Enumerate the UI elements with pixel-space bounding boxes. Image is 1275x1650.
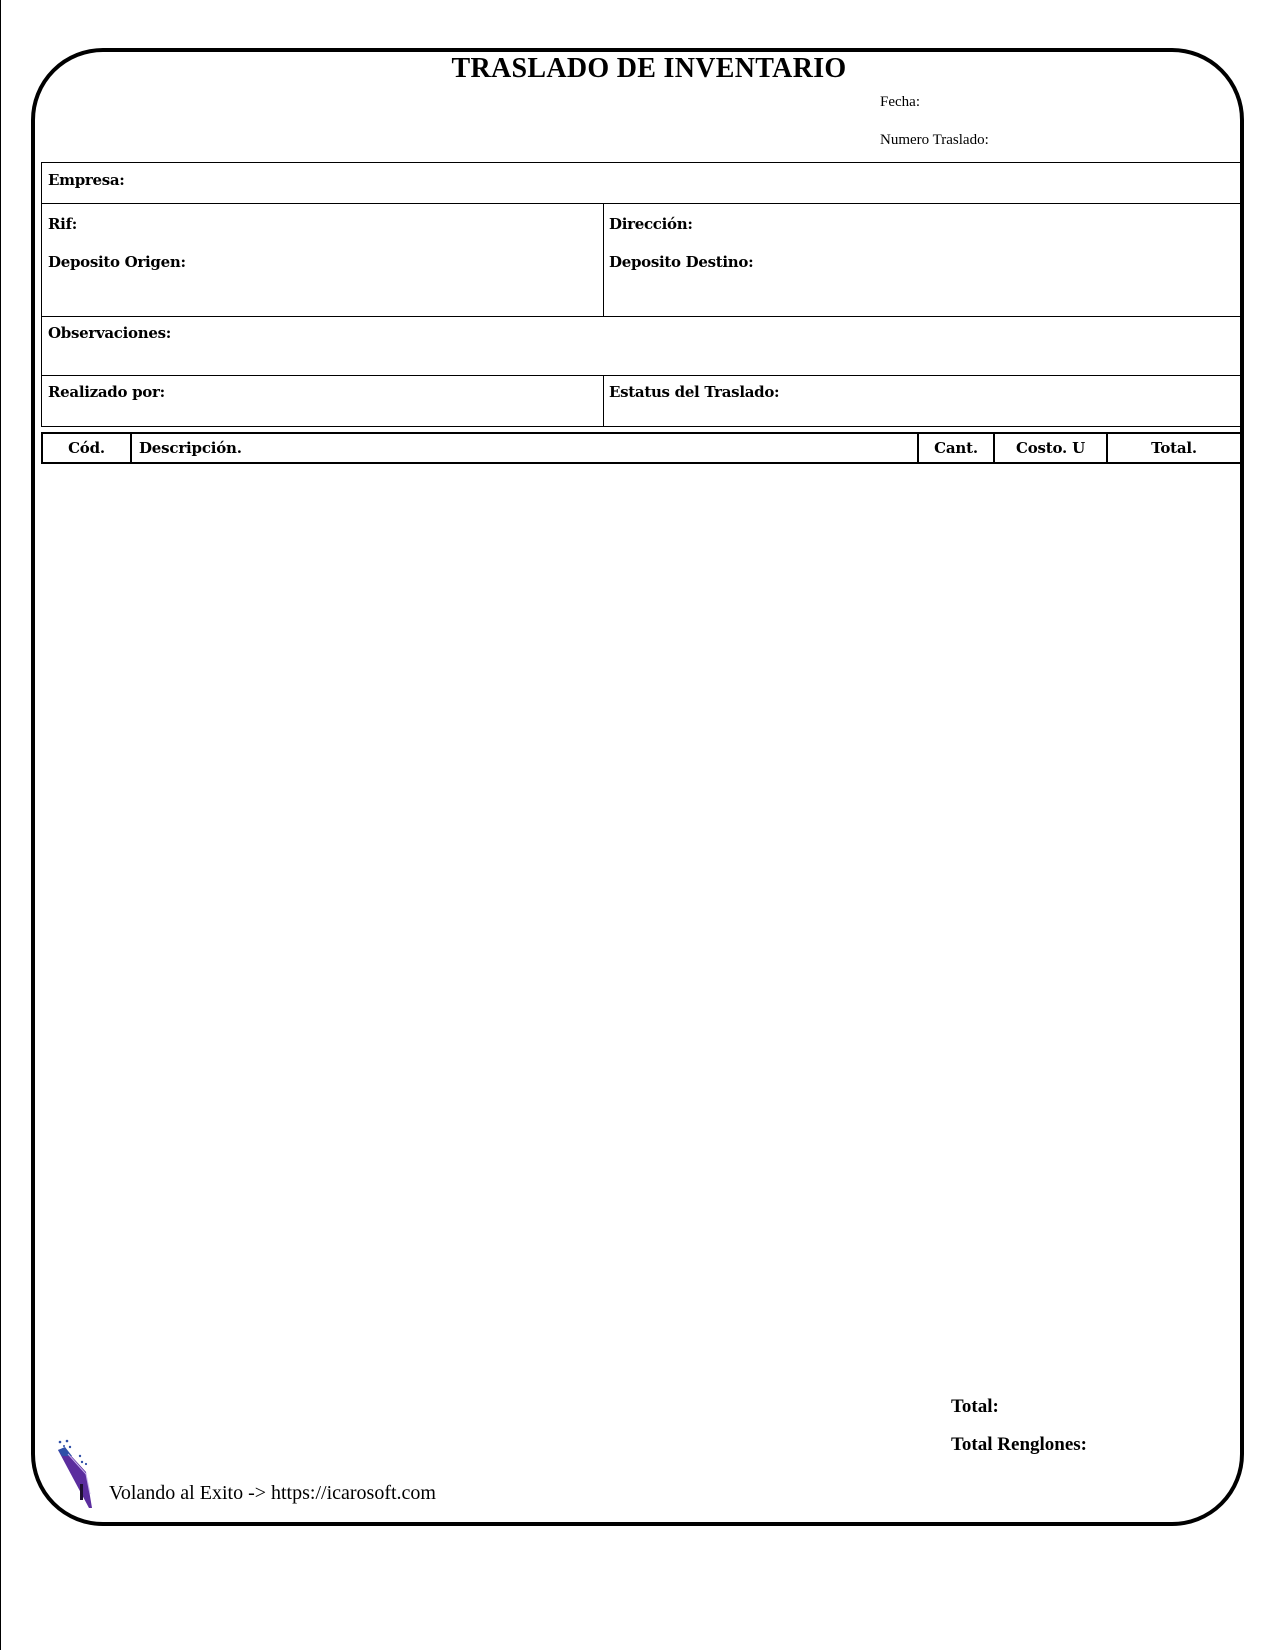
estatus-cell: Estatus del Traslado: — [603, 376, 1240, 426]
origen-cell: Rif: Deposito Origen: — [42, 204, 604, 316]
items-table-header: Cód. Descripción. Cant. Costo. U Total. — [41, 432, 1242, 464]
direccion-label: Dirección: — [609, 215, 693, 233]
observaciones-row: Observaciones: — [42, 317, 1240, 376]
rif-direccion-row: Rif: Deposito Origen: Dirección: Deposit… — [42, 204, 1240, 317]
footer-tagline: Volando al Exito -> https://icarosoft.co… — [109, 1482, 436, 1505]
empresa-row: Empresa: — [42, 163, 1240, 204]
page-edge-line — [0, 0, 1, 1650]
total-renglones-label: Total Renglones: — [951, 1434, 1087, 1456]
column-header-total: Total. — [1108, 434, 1240, 462]
realizado-row: Realizado por: Estatus del Traslado: — [42, 376, 1240, 426]
estatus-label: Estatus del Traslado: — [609, 383, 779, 401]
realizado-cell: Realizado por: — [42, 376, 604, 426]
empresa-label: Empresa: — [48, 171, 125, 189]
column-header-cod: Cód. — [43, 434, 132, 462]
realizado-por-label: Realizado por: — [48, 383, 165, 401]
column-header-cant: Cant. — [919, 434, 995, 462]
items-table-body — [41, 464, 1242, 1364]
deposito-destino-label: Deposito Destino: — [609, 253, 753, 271]
feather-logo-icon — [56, 1438, 98, 1510]
column-header-costo-u: Costo. U — [995, 434, 1108, 462]
destino-cell: Dirección: Deposito Destino: — [603, 204, 1240, 316]
total-label: Total: — [951, 1396, 999, 1418]
numero-traslado-label: Numero Traslado: — [880, 132, 989, 149]
fecha-label: Fecha: — [880, 94, 920, 111]
column-header-descripcion: Descripción. — [132, 434, 919, 462]
document-title: TRASLADO DE INVENTARIO — [0, 53, 1275, 85]
deposito-origen-label: Deposito Origen: — [48, 253, 186, 271]
observaciones-label: Observaciones: — [48, 324, 171, 342]
rif-label: Rif: — [48, 215, 77, 233]
info-table: Empresa: Rif: Deposito Origen: Dirección… — [41, 162, 1241, 427]
